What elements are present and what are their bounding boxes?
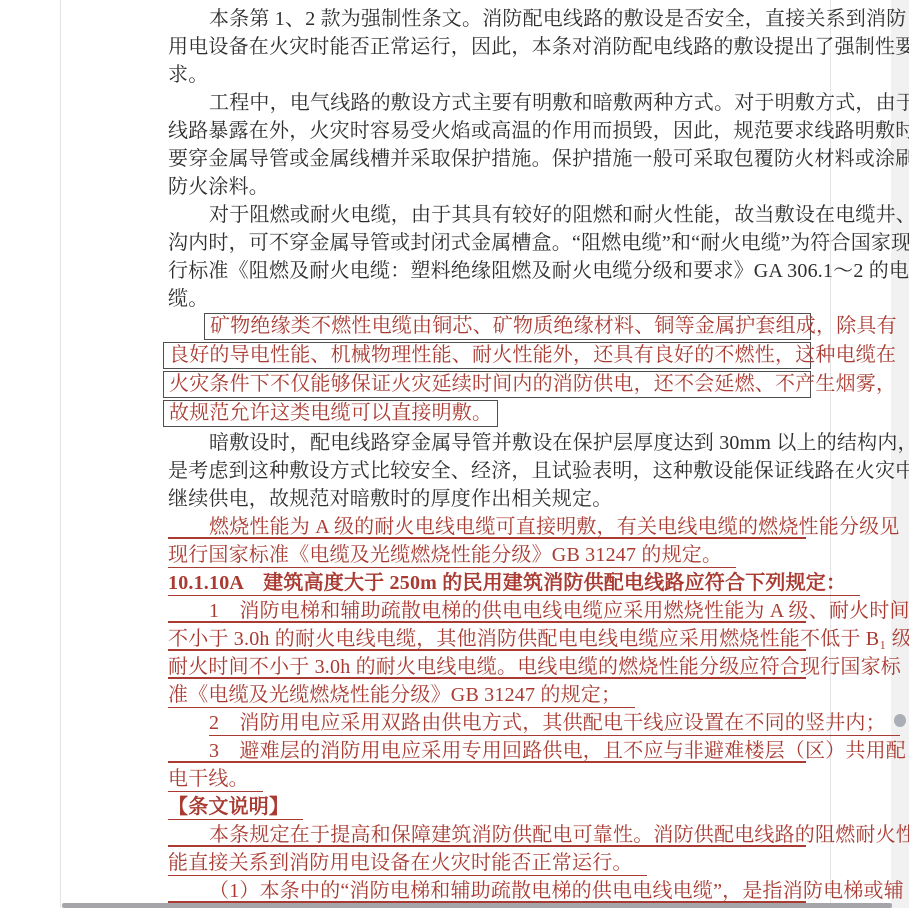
- text-line: 良好的导电性能、机械物理性能、耐火性能外，还具有良好的不燃性，这种电缆在: [163, 342, 811, 369]
- text-line: 能直接关系到消防用电设备在火灾时能否正常运行。: [168, 849, 806, 877]
- text-line: 火灾条件下不仅能够保证火灾延续时间内的消防供电，还不会延燃、不产生烟雾，: [163, 371, 811, 398]
- text-line: （1）本条中的“消防电梯和辅助疏散电梯的供电电线电缆”，是指消防电梯或辅: [168, 877, 806, 905]
- text-line: 线路暴露在外，火灾时容易受火焰或高温的作用而损毁，因此，规范要求线路明敷时: [168, 117, 806, 145]
- text-line: 用电设备在火灾时能否正常运行，因此，本条对消防配电线路的敷设提出了强制性要: [168, 33, 806, 61]
- text-line: 沟内时，可不穿金属导管或封闭式金属槽盒。“阻燃电缆”和“耐火电缆”为符合国家现: [168, 229, 806, 257]
- text-line: 2 消防用电应采用双路由供电方式，其供配电干线应设置在不同的竖井内；: [168, 709, 806, 737]
- text-line: 现行国家标准《电缆及光缆燃烧性能分级》GB 31247 的规定。: [168, 541, 806, 569]
- text-line: 求。: [168, 61, 806, 89]
- text-line: 暗敷设时，配电线路穿金属导管并敷设在保护层厚度达到 30mm 以上的结构内，: [168, 429, 806, 457]
- text-line: 行标准《阻燃及耐火电缆：塑料绝缘阻燃及耐火电缆分级和要求》GA 306.1～2 …: [168, 257, 806, 285]
- text-line: 工程中，电气线路的敷设方式主要有明敷和暗敷两种方式。对于明敷方式，由于: [168, 89, 806, 117]
- text-line: 【条文说明】: [168, 793, 806, 821]
- text-line: 防火涂料。: [168, 173, 806, 201]
- text-line: 本条第 1、2 款为强制性条文。消防配电线路的敷设是否安全，直接关系到消防: [168, 5, 806, 33]
- text-line: 本条规定在于提高和保障建筑消防供配电可靠性。消防供配电线路的阻燃耐火性: [168, 821, 806, 849]
- text-line: 对于阻燃或耐火电缆，由于其具有较好的阻燃和耐火性能，故当敷设在电缆井、: [168, 201, 806, 229]
- text-line: 3 避难层的消防用电应采用专用回路供电，且不应与非避难楼层（区）共用配: [168, 737, 806, 765]
- text-line: 1 消防电梯和辅助疏散电梯的供电电线电缆应采用燃烧性能为 A 级、耐火时间: [168, 597, 806, 625]
- underlined-text: 现行国家标准《电缆及光缆燃烧性能分级》GB 31247 的规定。: [168, 544, 736, 568]
- text-line: 缆。: [168, 285, 806, 313]
- underlined-text: 能直接关系到消防用电设备在火灾时能否正常运行。: [168, 852, 647, 876]
- underlined-text: 电干线。: [168, 768, 263, 792]
- text-line: 准《电缆及光缆燃烧性能分级》GB 31247 的规定；: [168, 681, 806, 709]
- text-line: 继续供电，故规范对暗敷时的厚度作出相关规定。: [168, 485, 806, 513]
- text-line: 10.1.10A 建筑高度大于 250m 的民用建筑消防供配电线路应符合下列规定…: [168, 569, 806, 597]
- text-line: 是考虑到这种敷设方式比较安全、经济，且试验表明，这种敷设能保证线路在火灾中: [168, 457, 806, 485]
- text-line: 电干线。: [168, 765, 806, 793]
- text-line: 矿物绝缘类不燃性电缆由铜芯、矿物质绝缘材料、铜等金属护套组成，除具有: [204, 313, 811, 340]
- text-line: 故规范允许这类电缆可以直接明敷。: [163, 400, 498, 427]
- text-line: 耐火时间不小于 3.0h 的耐火电线电缆。电线电缆的燃烧性能分级应符合现行国家标: [168, 653, 806, 681]
- underlined-text: 2 消防用电应采用双路由供电方式，其供配电干线应设置在不同的竖井内；: [209, 712, 900, 736]
- text-line: 不小于 3.0h 的耐火电线电缆，其他消防供配电电线电缆应采用燃烧性能不低于 B…: [168, 625, 806, 653]
- underlined-text: 10.1.10A 建筑高度大于 250m 的民用建筑消防供配电线路应符合下列规定…: [168, 572, 860, 596]
- text-line: 燃烧性能为 A 级的耐火电线电缆可直接明敷，有关电线电缆的燃烧性能分级见: [168, 513, 806, 541]
- page-left-edge: [60, 0, 61, 908]
- underlined-text: 【条文说明】: [168, 796, 303, 820]
- underlined-text: 准《电缆及光缆燃烧性能分级》GB 31247 的规定；: [168, 684, 635, 708]
- document-text: 本条第 1、2 款为强制性条文。消防配电线路的敷设是否安全，直接关系到消防用电设…: [168, 5, 806, 905]
- text-line: 要穿金属导管或金属线槽并采取保护措施。保护措施一般可采取包覆防火材料或涂刷: [168, 145, 806, 173]
